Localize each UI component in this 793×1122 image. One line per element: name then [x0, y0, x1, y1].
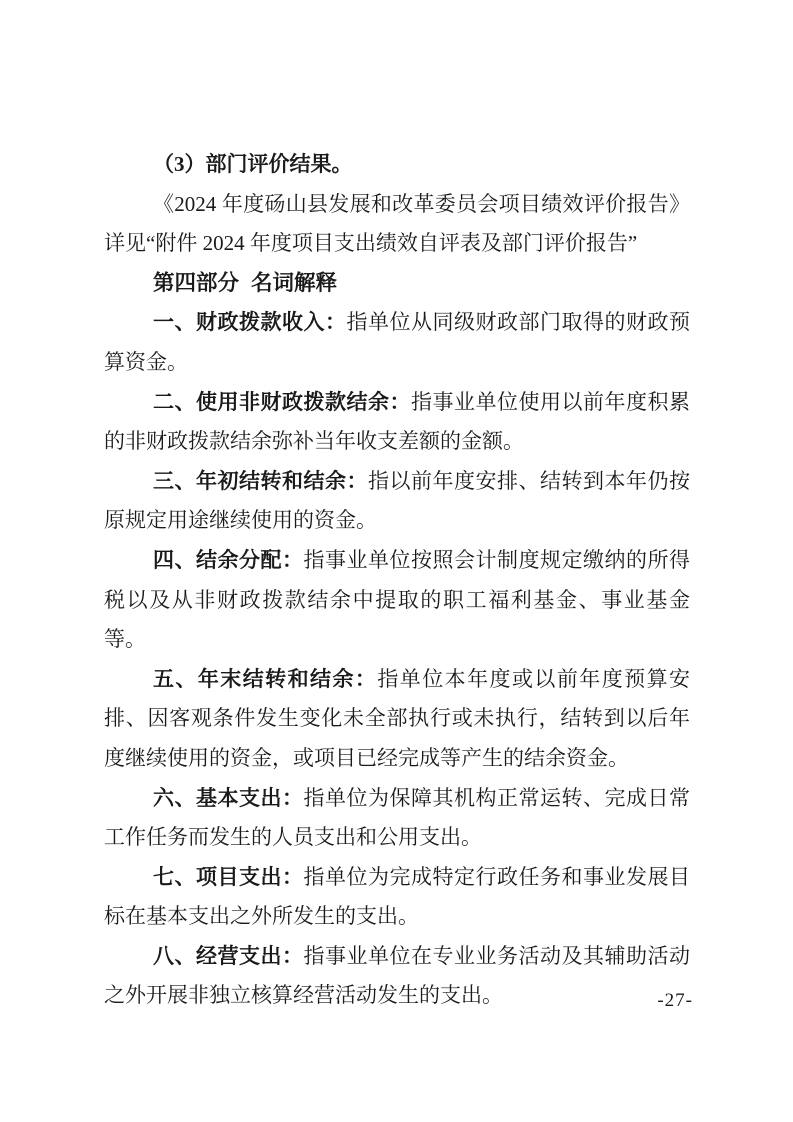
document-page: （3）部门评价结果。 《2024 年度砀山县发展和改革委员会项目绩效评价报告》详… [0, 0, 793, 1122]
term-paragraph-8: 八、经营支出：指事业单位在专业业务活动及其辅助活动之外开展非独立核算经营活动发生… [104, 937, 690, 1016]
term-paragraph-3: 三、年初结转和结余：指以前年度安排、结转到本年仍按原规定用途继续使用的资金。 [104, 462, 690, 541]
term-lead: 八、经营支出： [153, 944, 304, 968]
page-number: -27- [657, 990, 693, 1012]
term-lead: 五、年末结转和结余： [153, 667, 377, 691]
term-paragraph-1: 一、财政拨款收入：指单位从同级财政部门取得的财政预算资金。 [104, 303, 690, 382]
term-paragraph-7: 七、项目支出：指单位为完成特定行政任务和事业发展目标在基本支出之外所发生的支出。 [104, 858, 690, 937]
paragraph-report-reference: 《2024 年度砀山县发展和改革委员会项目绩效评价报告》详见“附件 2024 年… [104, 185, 690, 264]
term-lead: 一、财政拨款收入： [153, 310, 347, 334]
term-paragraph-4: 四、结余分配：指事业单位按照会计制度规定缴纳的所得税以及从非财政拨款结余中提取的… [104, 541, 690, 660]
term-lead: 三、年初结转和结余： [153, 469, 368, 493]
term-paragraph-6: 六、基本支出：指单位为保障其机构正常运转、完成日常工作任务而发生的人员支出和公用… [104, 779, 690, 858]
document-body: （3）部门评价结果。 《2024 年度砀山县发展和改革委员会项目绩效评价报告》详… [104, 145, 690, 1016]
heading-section3-department-evaluation-result: （3）部门评价结果。 [104, 145, 690, 185]
term-lead: 七、项目支出： [153, 865, 304, 889]
term-lead: 二、使用非财政拨款结余： [153, 390, 411, 414]
heading-part4-glossary: 第四部分 名词解释 [104, 264, 690, 304]
term-paragraph-5: 五、年末结转和结余：指单位本年度或以前年度预算安排、因客观条件发生变化未全部执行… [104, 660, 690, 779]
term-lead: 六、基本支出： [153, 786, 304, 810]
term-lead: 四、结余分配： [153, 548, 304, 572]
term-paragraph-2: 二、使用非财政拨款结余：指事业单位使用以前年度积累的非财政拨款结余弥补当年收支差… [104, 383, 690, 462]
